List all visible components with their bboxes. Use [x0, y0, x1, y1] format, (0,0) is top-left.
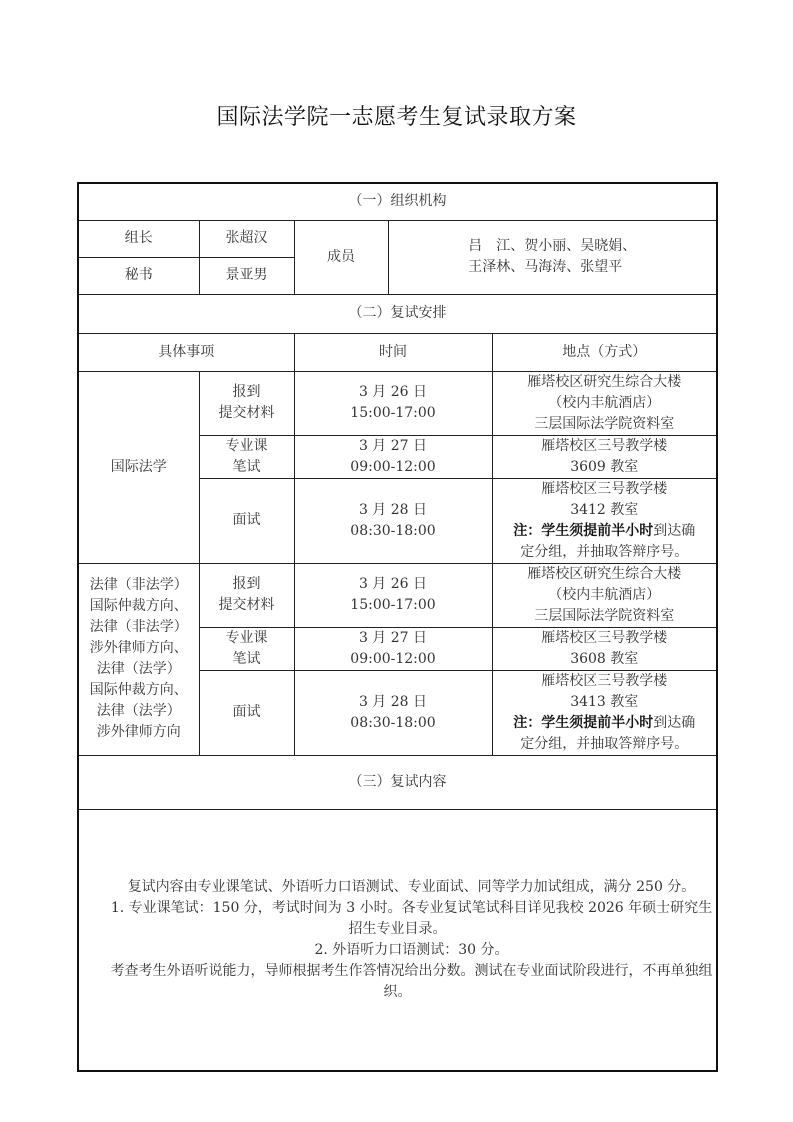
header-item: 具体事项 — [78, 333, 294, 371]
place-cell: 雁塔校区研究生综合大楼 （校内丰航酒店） 三层国际法学院资料室 — [492, 563, 717, 627]
program-name: 国际法学 — [111, 459, 167, 475]
content-paragraph: 2. 外语听力口语测试：30 分。 — [79, 940, 716, 961]
program-cell: 法律（非法学） 国际仲裁方向、 法律（非法学） 涉外律师方向、 法律（法学） 国… — [78, 563, 199, 755]
note-emphasis: 注：学生须提前半小时 — [513, 715, 653, 731]
place-cell: 雁塔校区研究生综合大楼 （校内丰航酒店） 三层国际法学院资料室 — [492, 371, 717, 435]
section-schedule-title: （二）复试安排 — [78, 294, 717, 333]
schedule-row: 法律（非法学） 国际仲裁方向、 法律（非法学） 涉外律师方向、 法律（法学） 国… — [78, 563, 717, 627]
place-cell: 雁塔校区三号教学楼 3413 教室 注：学生须提前半小时到达确 定分组，并抽取答… — [492, 670, 717, 755]
leader-label: 组长 — [78, 220, 199, 257]
admission-plan-table: （一）组织机构 组长 张超汉 成员 吕 江、贺小丽、吴晓娟、 王泽林、马海涛、张… — [77, 182, 718, 1072]
secretary-label: 秘书 — [78, 257, 199, 294]
schedule-row: 国际法学 报到 提交材料 3 月 26 日 15:00-17:00 雁塔校区研究… — [78, 371, 717, 435]
secretary-name: 景亚男 — [199, 257, 294, 294]
item-cell: 专业课 笔试 — [199, 627, 294, 670]
place-cell: 雁塔校区三号教学楼 3608 教室 — [492, 627, 717, 670]
item-cell: 报到 提交材料 — [199, 563, 294, 627]
members-cell: 吕 江、贺小丽、吴晓娟、 王泽林、马海涛、张望平 — [388, 220, 717, 294]
content-paragraph: 1. 专业课笔试：150 分，考试时间为 3 小时。各专业复试笔试科目详见我校 … — [79, 898, 716, 940]
header-place: 地点（方式） — [492, 333, 717, 371]
time-cell: 3 月 28 日 08:30-18:00 — [294, 478, 492, 563]
leader-name: 张超汉 — [199, 220, 294, 257]
time-cell: 3 月 28 日 08:30-18:00 — [294, 670, 492, 755]
note-emphasis: 注：学生须提前半小时 — [513, 523, 653, 539]
content-paragraph: 考查考生外语听说能力，导师根据考生作答情况给出分数。测试在专业面试阶段进行，不再… — [79, 961, 716, 1003]
members-line: 吕 江、贺小丽、吴晓娟、 — [468, 236, 636, 257]
document-title: 国际法学院一志愿考生复试录取方案 — [0, 100, 793, 131]
time-cell: 3 月 26 日 15:00-17:00 — [294, 563, 492, 627]
content-body: 复试内容由专业课笔试、外语听力口语测试、专业面试、同等学力加试组成，满分 250… — [78, 809, 717, 1071]
section-org-title: （一）组织机构 — [78, 183, 717, 220]
members-line: 王泽林、马海涛、张望平 — [468, 257, 636, 278]
header-time: 时间 — [294, 333, 492, 371]
members-label: 成员 — [294, 220, 388, 294]
section-content-title: （三）复试内容 — [78, 755, 717, 809]
content-paragraph: 复试内容由专业课笔试、外语听力口语测试、专业面试、同等学力加试组成，满分 250… — [79, 877, 716, 898]
time-cell: 3 月 26 日 15:00-17:00 — [294, 371, 492, 435]
place-cell: 雁塔校区三号教学楼 3412 教室 注：学生须提前半小时到达确 定分组，并抽取答… — [492, 478, 717, 563]
program-cell: 国际法学 — [78, 371, 199, 563]
item-cell: 专业课 笔试 — [199, 435, 294, 478]
time-cell: 3 月 27 日 09:00-12:00 — [294, 435, 492, 478]
time-cell: 3 月 27 日 09:00-12:00 — [294, 627, 492, 670]
item-cell: 报到 提交材料 — [199, 371, 294, 435]
place-cell: 雁塔校区三号教学楼 3609 教室 — [492, 435, 717, 478]
item-cell: 面试 — [199, 670, 294, 755]
item-cell: 面试 — [199, 478, 294, 563]
